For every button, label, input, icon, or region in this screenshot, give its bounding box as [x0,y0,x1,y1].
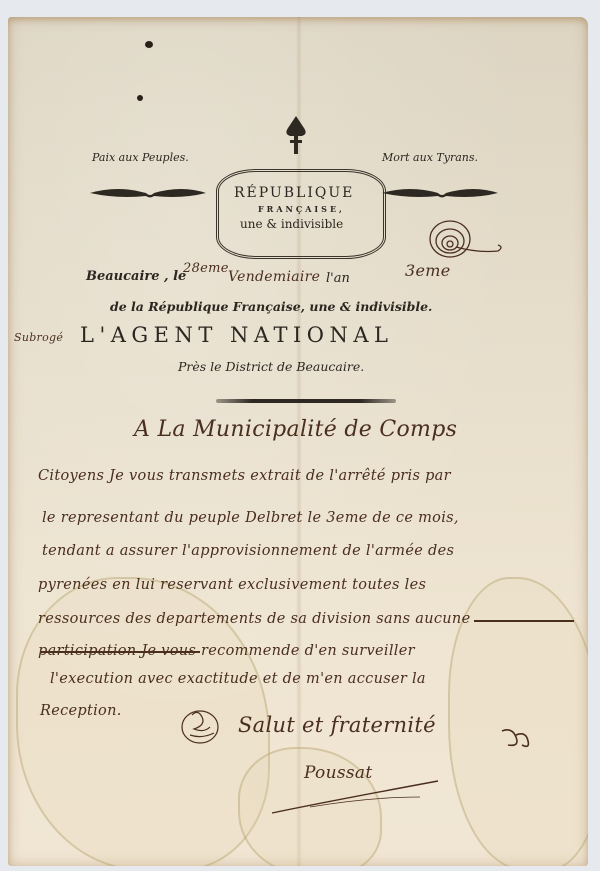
cartouche-francaise: FRANÇAISE, [258,204,345,214]
signature-underline [270,777,440,817]
separator-rule [216,399,396,403]
year-prefix: l'an [326,271,350,286]
date-month-handwritten: Vendemiaire [228,269,320,285]
date-day-handwritten: 28eme [183,261,229,276]
ink-spot [145,41,153,48]
liberty-cap-icon [282,114,310,156]
strike-sans-aucune [474,620,574,622]
district-subtitle: Près le District de Beaucaire. [178,359,364,374]
year-handwritten: 3eme [405,261,451,280]
ink-spot [137,95,143,101]
spiral-paraph-mark [428,217,508,267]
document-page: Paix aux Peuples. Mort aux Tyrans. RÉPUB… [8,17,588,866]
ornament-swash-right [380,185,500,201]
margin-note-subroge: Subrogé [14,331,63,344]
body-line-1: Citoyens Je vous transmets extrait de l'… [38,468,451,484]
closing-flourish [498,725,538,751]
body-line-8: Reception. [40,703,122,719]
body-line-3: tendant a assurer l'approvisionnement de… [42,543,454,559]
republic-cartouche-frame [216,169,386,259]
cartouche-republique: RÉPUBLIQUE [234,185,354,201]
agent-national-title: L'AGENT NATIONAL [80,323,393,347]
body-line-2: le representant du peuple Delbret le 3em… [42,510,459,526]
motto-right: Mort aux Tyrans. [382,151,478,164]
ornament-swash-left [88,185,208,201]
motto-left: Paix aux Peuples. [92,151,189,164]
cartouche-une-indivisible: une & indivisible [240,217,343,231]
body-line-4: pyrenées en lui reservant exclusivement … [38,577,426,593]
strike-participation [40,651,200,653]
monogram-seal-mark [180,705,232,747]
body-line-7: l'execution avec exactitude et de m'en a… [50,671,426,687]
closing-salutation: Salut et fraternité [238,713,436,737]
body-line-5: ressources des departements de sa divisi… [38,611,470,627]
republic-line: de la République Française, une & indivi… [110,299,432,314]
place-date-prefix: Beaucaire , le [86,269,186,284]
address-line: A La Municipalité de Comps [134,417,457,442]
